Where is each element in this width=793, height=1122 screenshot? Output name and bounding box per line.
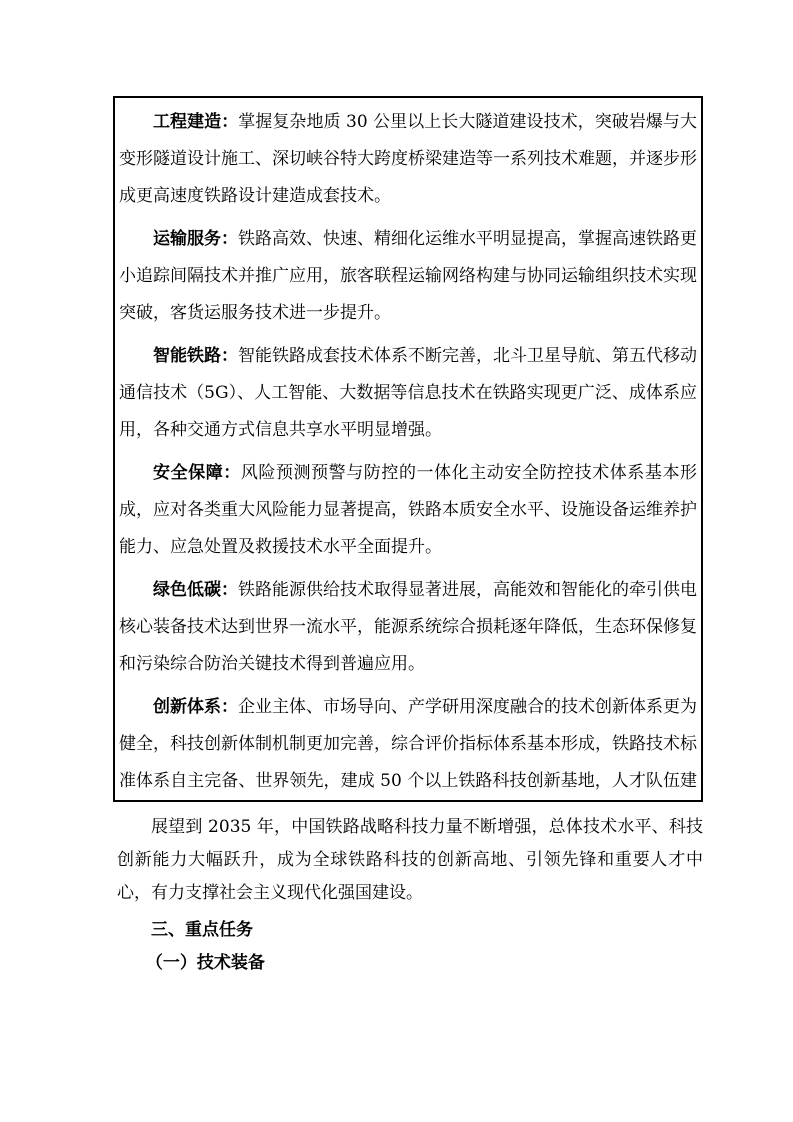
heading-key-tasks: 三、重点任务 [117,914,703,947]
paragraph-label: 运输服务： [153,229,238,249]
boxed-paragraph: 运输服务：铁路高效、快速、精细化运维水平明显提高，掌握高速铁路更小追踪间隔技术并… [119,221,697,332]
boxed-paragraph: 智能铁路：智能铁路成套技术体系不断完善，北斗卫星导航、第五代移动通信技术（5G）… [119,338,697,449]
boxed-paragraph: 绿色低碳：铁路能源供给技术取得显著进展，高能效和智能化的牵引供电核心装备技术达到… [119,572,697,683]
boxed-paragraph: 安全保障：风险预测预警与防控的一体化主动安全防控技术体系基本形成，应对各类重大风… [119,455,697,566]
paragraph-label: 智能铁路： [153,346,238,366]
paragraph-label: 绿色低碳： [153,580,238,600]
document-page: 工程建造：掌握复杂地质 30 公里以上长大隧道建设技术，突破岩爆与大变形隧道设计… [0,0,793,1122]
boxed-paragraph: 工程建造：掌握复杂地质 30 公里以上长大隧道建设技术，突破岩爆与大变形隧道设计… [119,104,697,215]
paragraph-label: 创新体系： [153,697,238,717]
paragraph-label: 安全保障： [153,463,241,483]
heading-technical-equipment: （一）技术装备 [117,947,703,980]
paragraph-label: 工程建造： [153,112,238,132]
achievement-goals-box: 工程建造：掌握复杂地质 30 公里以上长大隧道建设技术，突破岩爆与大变形隧道设计… [113,96,703,802]
outlook-2035-paragraph: 展望到 2035 年，中国铁路战略科技力量不断增强，总体技术水平、科技创新能力大… [117,811,703,910]
boxed-paragraph: 创新体系：企业主体、市场导向、产学研用深度融合的技术创新体系更为健全，科技创新体… [119,689,697,802]
